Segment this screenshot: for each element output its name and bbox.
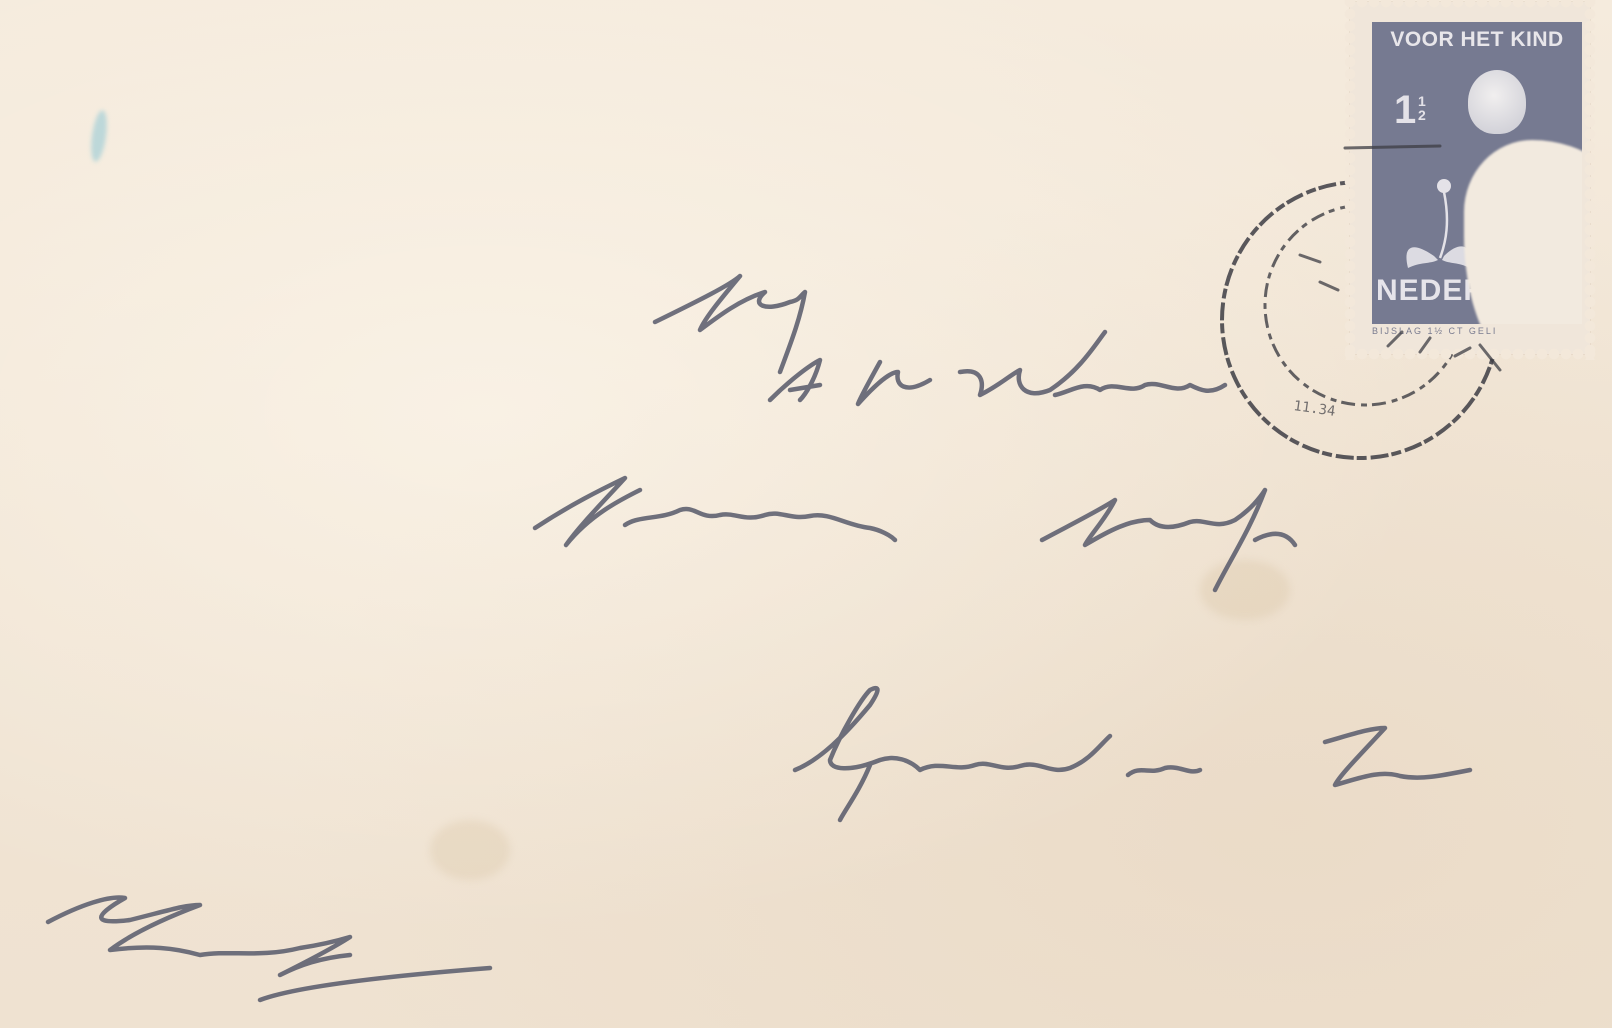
address-line-3: Volomehuis, Kerdijk — [535, 485, 926, 531]
envelope: VOOR HET KIND 1 1 2 NEDER BIJSLAG 1½ CT … — [0, 0, 1612, 1028]
address-line-4: Egmond aan Zee — [795, 720, 1136, 766]
sender-signature: G Baaz — [48, 900, 189, 946]
address-line-1: Mej — [650, 270, 720, 316]
address-line-2: A M Wanink — [760, 355, 994, 401]
